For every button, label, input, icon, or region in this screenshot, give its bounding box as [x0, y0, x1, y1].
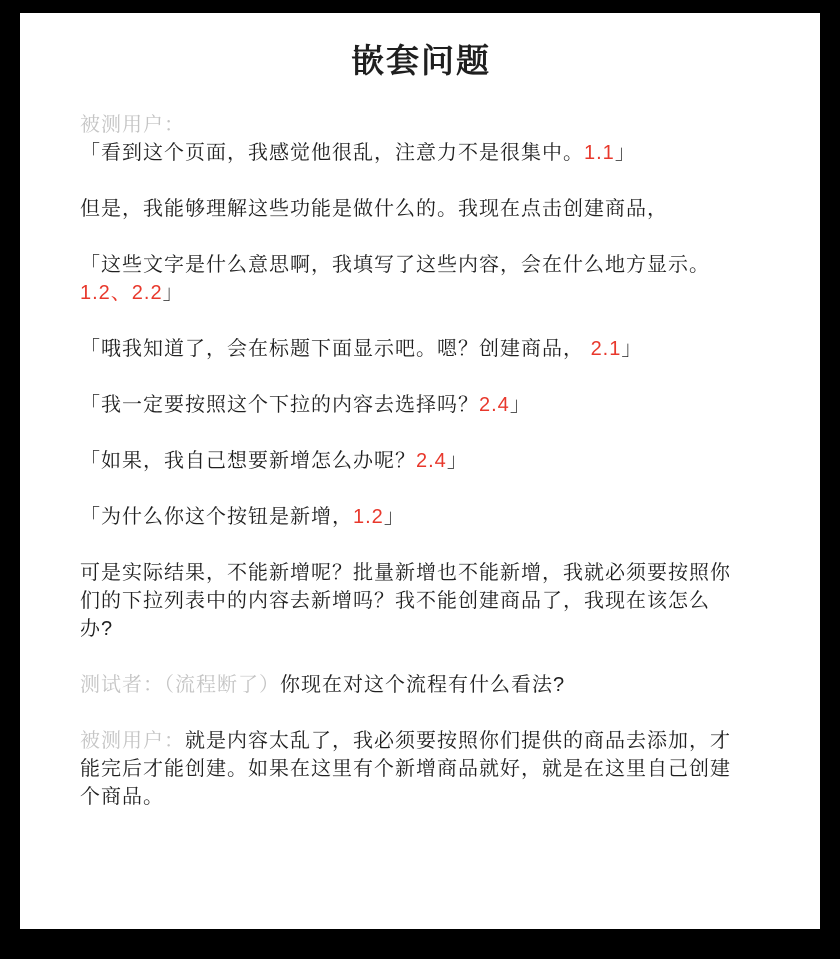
- speech-text: 「为什么你这个按钮是新增，: [80, 506, 353, 528]
- transcript-line: 「看到这个页面，我感觉他很乱，注意力不是很集中。1.1」: [80, 139, 762, 167]
- transcript: 被测用户：「看到这个页面，我感觉他很乱，注意力不是很集中。1.1」但是，我能够理…: [80, 111, 762, 811]
- speaker-label: 被测用户：: [80, 730, 185, 752]
- speech-text: 你现在对这个流程有什么看法?: [280, 674, 565, 696]
- speech-text: 「如果，我自己想要新增怎么办呢？: [80, 450, 416, 472]
- speech-text: 」: [621, 338, 642, 360]
- transcript-paragraph: 「我一定要按照这个下拉的内容去选择吗？2.4」: [80, 391, 762, 419]
- speech-text: 「哦我知道了，会在标题下面显示吧。嗯？创建商品，: [80, 338, 591, 360]
- page-title: 嵌套问题: [80, 43, 762, 79]
- speech-text: 」: [384, 506, 405, 528]
- transcript-line: 个商品。: [80, 783, 762, 811]
- transcript-paragraph: 但是，我能够理解这些功能是做什么的。我现在点击创建商品，: [80, 195, 762, 223]
- transcript-paragraph: 可是实际结果，不能新增呢？批量新增也不能新增，我就必须要按照你们的下拉列表中的内…: [80, 559, 762, 643]
- issue-ref: 2.1: [591, 338, 622, 360]
- speech-text: 「我一定要按照这个下拉的内容去选择吗？: [80, 394, 479, 416]
- speech-text: 就是内容太乱了，我必须要按照你们提供的商品去添加，才: [185, 730, 731, 752]
- transcript-line: 「这些文字是什么意思啊，我填写了这些内容，会在什么地方显示。: [80, 251, 762, 279]
- issue-ref: 1.2: [353, 506, 384, 528]
- speech-text: 能完后才能创建。如果在这里有个新增商品就好，就是在这里自己创建: [80, 758, 731, 780]
- transcript-paragraph: 「哦我知道了，会在标题下面显示吧。嗯？创建商品， 2.1」: [80, 335, 762, 363]
- speech-text: 」: [510, 394, 531, 416]
- speech-text: 办?: [80, 618, 113, 640]
- issue-ref: 2.4: [416, 450, 447, 472]
- speaker-label: 测试者：（流程断了）: [80, 674, 280, 696]
- speech-text: 个商品。: [80, 786, 164, 808]
- speech-text: 」: [163, 282, 184, 304]
- speech-text: 「这些文字是什么意思啊，我填写了这些内容，会在什么地方显示。: [80, 254, 710, 276]
- document-page: 嵌套问题 被测用户：「看到这个页面，我感觉他很乱，注意力不是很集中。1.1」但是…: [20, 13, 820, 929]
- transcript-line: 办?: [80, 615, 762, 643]
- transcript-line: 测试者：（流程断了）你现在对这个流程有什么看法?: [80, 671, 762, 699]
- transcript-paragraph: 「如果，我自己想要新增怎么办呢？2.4」: [80, 447, 762, 475]
- transcript-line: 「为什么你这个按钮是新增，1.2」: [80, 503, 762, 531]
- transcript-line: 1.2、2.2」: [80, 279, 762, 307]
- transcript-line: 「哦我知道了，会在标题下面显示吧。嗯？创建商品， 2.1」: [80, 335, 762, 363]
- transcript-line: 「我一定要按照这个下拉的内容去选择吗？2.4」: [80, 391, 762, 419]
- transcript-line: 们的下拉列表中的内容去新增吗？我不能创建商品了，我现在该怎么: [80, 587, 762, 615]
- speech-text: 们的下拉列表中的内容去新增吗？我不能创建商品了，我现在该怎么: [80, 590, 710, 612]
- speech-text: 「看到这个页面，我感觉他很乱，注意力不是很集中。: [80, 142, 584, 164]
- speech-text: 可是实际结果，不能新增呢？批量新增也不能新增，我就必须要按照你: [80, 562, 731, 584]
- speech-text: 」: [615, 142, 636, 164]
- transcript-paragraph: 被测用户：「看到这个页面，我感觉他很乱，注意力不是很集中。1.1」: [80, 111, 762, 167]
- transcript-paragraph: 「为什么你这个按钮是新增，1.2」: [80, 503, 762, 531]
- transcript-line: 可是实际结果，不能新增呢？批量新增也不能新增，我就必须要按照你: [80, 559, 762, 587]
- transcript-line: 被测用户：就是内容太乱了，我必须要按照你们提供的商品去添加，才: [80, 727, 762, 755]
- transcript-line: 「如果，我自己想要新增怎么办呢？2.4」: [80, 447, 762, 475]
- issue-ref: 2.4: [479, 394, 510, 416]
- speech-text: 」: [447, 450, 468, 472]
- transcript-line: 能完后才能创建。如果在这里有个新增商品就好，就是在这里自己创建: [80, 755, 762, 783]
- transcript-paragraph: 「这些文字是什么意思啊，我填写了这些内容，会在什么地方显示。1.2、2.2」: [80, 251, 762, 307]
- speaker-label: 被测用户：: [80, 114, 185, 136]
- issue-ref: 1.2、2.2: [80, 282, 163, 304]
- transcript-line: 被测用户：: [80, 111, 762, 139]
- speech-text: 但是，我能够理解这些功能是做什么的。我现在点击创建商品，: [80, 198, 668, 220]
- transcript-paragraph: 被测用户：就是内容太乱了，我必须要按照你们提供的商品去添加，才能完后才能创建。如…: [80, 727, 762, 811]
- issue-ref: 1.1: [584, 142, 615, 164]
- transcript-paragraph: 测试者：（流程断了）你现在对这个流程有什么看法?: [80, 671, 762, 699]
- screenshot-root: { "title": "嵌套问题", "colors": { "frame": …: [0, 0, 840, 959]
- transcript-line: 但是，我能够理解这些功能是做什么的。我现在点击创建商品，: [80, 195, 762, 223]
